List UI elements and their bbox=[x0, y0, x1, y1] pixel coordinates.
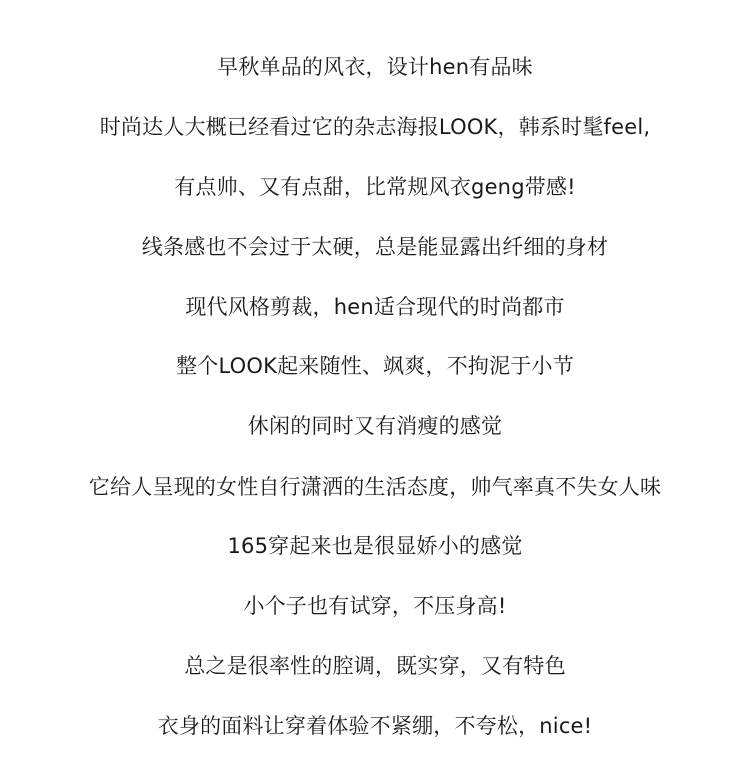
text-line: 衣身的面料让穿着体验不紧绷，不夸松，nice! bbox=[0, 711, 750, 741]
text-line: 它给人呈现的女性自行潇洒的生活态度，帅气率真不失女人味 bbox=[0, 472, 750, 502]
text-line: 小个子也有试穿，不压身高! bbox=[0, 591, 750, 621]
text-line: 现代风格剪裁，hen适合现代的时尚都市 bbox=[0, 292, 750, 322]
text-line: 休闲的同时又有消瘦的感觉 bbox=[0, 411, 750, 441]
text-line: 165穿起来也是很显娇小的感觉 bbox=[0, 531, 750, 561]
text-line: 早秋单品的风衣，设计hen有品味 bbox=[0, 52, 750, 82]
text-line: 时尚达人大概已经看过它的杂志海报LOOK，韩系时髦feel, bbox=[0, 112, 750, 142]
text-line: 整个LOOK起来随性、飒爽，不拘泥于小节 bbox=[0, 351, 750, 381]
product-description-text: 早秋单品的风衣，设计hen有品味 时尚达人大概已经看过它的杂志海报LOOK，韩系… bbox=[0, 0, 750, 778]
text-line: 有点帅、又有点甜，比常规风衣geng带感! bbox=[0, 172, 750, 202]
text-line: 总之是很率性的腔调，既实穿，又有特色 bbox=[0, 651, 750, 681]
text-line: 线条感也不会过于太硬，总是能显露出纤细的身材 bbox=[0, 232, 750, 262]
